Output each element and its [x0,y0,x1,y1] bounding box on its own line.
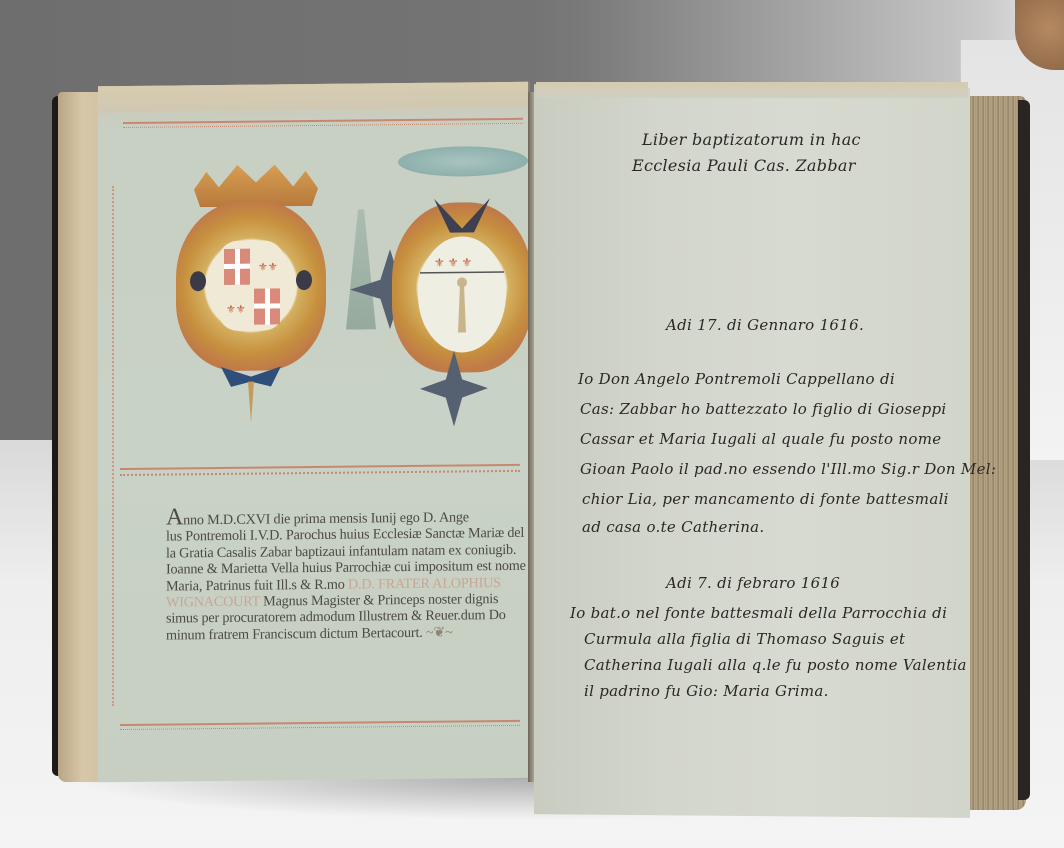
entry2-date: Adi 7. di febraro 1616 [666,574,840,592]
right-page-top-edge [536,82,968,98]
svg-text:⚜⚜: ⚜⚜ [226,304,246,316]
register-title-line: Liber baptizatorum in hac [642,130,861,149]
right-page [534,84,970,818]
entry1-line: Cas: Zabbar ho battezzato lo figlio di G… [580,400,947,418]
entry1-line: Gioan Paolo il pad.no essendo l'Ill.mo S… [580,460,996,478]
decorative-border-top [123,118,523,128]
decorative-border-left [112,186,116,706]
tassel-left-icon [346,209,376,329]
entry2-line: il padrino fu Gio: Maria Grima. [584,682,829,700]
entry1-line: ad casa o.te Catherina. [582,518,765,536]
entry1-line: Io Don Angelo Pontremoli Cappellano di [578,370,895,388]
entry1-date: Adi 17. di Gennaro 1616. [666,316,864,334]
register-title-line: Ecclesia Pauli Cas. Zabbar [632,156,856,175]
open-book: ⚜⚜ ⚜⚜ ⚜ ⚜ ⚜ [50,82,1035,822]
coat-of-arms-left: ⚜⚜ ⚜⚜ [176,200,326,372]
entry2-line: Curmula alla figlia di Thomaso Saguis et [584,630,905,648]
ribbon-icon [216,356,286,427]
decorative-border-middle [120,464,520,476]
entry2-line: Catherina Iugali alla q.le fu posto nome… [584,656,967,674]
decorative-border-bottom [120,720,520,730]
eagle-icon [434,198,490,239]
galero-hat-icon [398,146,528,177]
right-cover [1018,100,1030,800]
svg-text:⚜ ⚜ ⚜: ⚜ ⚜ ⚜ [434,255,472,269]
print-line: minum fratrem Franciscum dictum Bertacou… [166,623,566,644]
entry1-line: chior Lia, per mancamento di fonte batte… [582,490,949,508]
svg-text:⚜⚜: ⚜⚜ [258,261,278,273]
entry2-line: Io bat.o nel fonte battesmali della Parr… [570,604,947,622]
left-page: ⚜⚜ ⚜⚜ ⚜ ⚜ ⚜ [98,82,530,783]
printed-baptism-record: Anno M.D.CXVI die prima mensis Iunij ego… [166,505,566,643]
entry1-line: Cassar et Maria Iugali al quale fu posto… [580,430,941,448]
